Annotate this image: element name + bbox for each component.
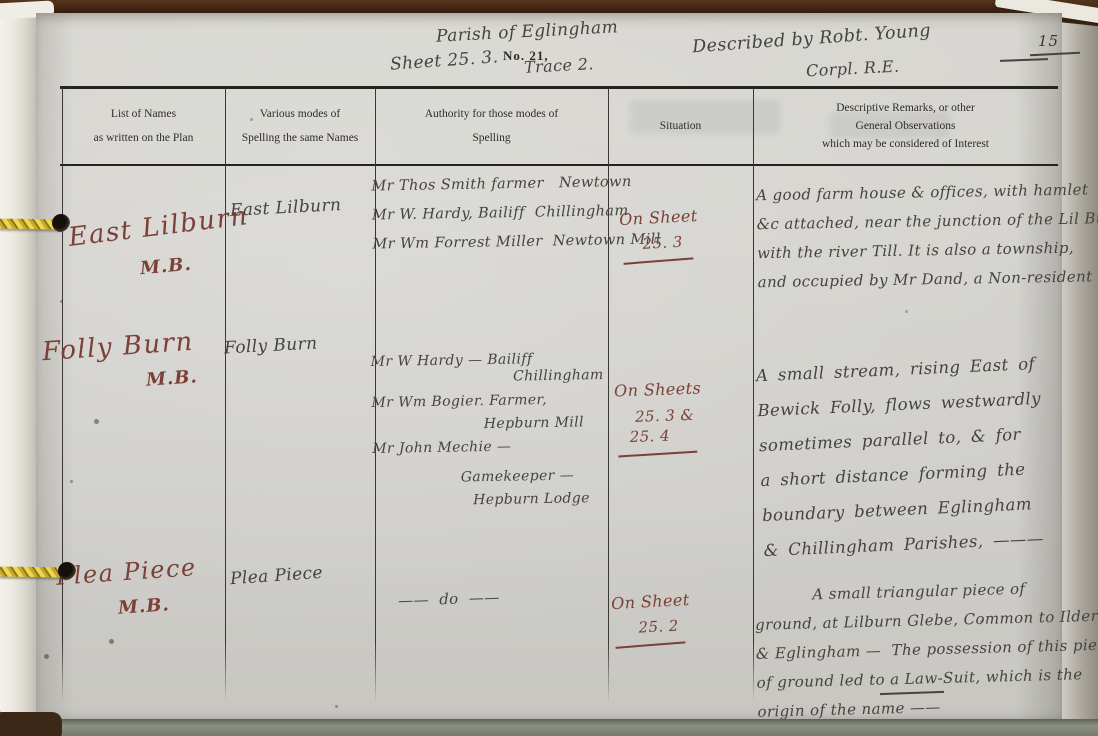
desk-corner-bottom-left	[0, 712, 62, 736]
table-header-rule	[60, 164, 1058, 166]
header-list-of-names: List of Namesas written on the Plan	[62, 88, 225, 164]
entry-2-authority: Mr W Hardy — BailiffChillinghamMr Wm Bog…	[371, 350, 606, 517]
entry-1-situation: On Sheet25. 3	[619, 206, 700, 260]
column-rule-1	[225, 88, 226, 703]
entry-2-remarks: A small stream, rising East ofBewick Fol…	[756, 354, 1048, 576]
entry-3-situation: On Sheet25. 2	[611, 590, 692, 644]
entry-2-initials: M.B.	[145, 366, 198, 391]
header-situation: Situation	[608, 88, 753, 164]
entry-3-authority-ditto: —— do ——	[398, 588, 500, 610]
table-left-rule	[62, 88, 63, 703]
punch-hole-top	[52, 214, 70, 232]
header-descriptive-remarks: Descriptive Remarks, or otherGeneral Obs…	[753, 88, 1058, 164]
punch-hole-bottom	[58, 562, 76, 580]
stacked-page-edges	[0, 6, 38, 720]
entry-1-authority: Mr Thos Smith farmer NewtownMr W. Hardy,…	[371, 173, 661, 265]
entry-3-initials: M.B.	[117, 594, 170, 619]
entry-3-remarks: A small triangular piece ofground, at Li…	[754, 577, 1098, 732]
page-number: 15	[1038, 32, 1059, 50]
entry-1-remarks: A good farm house & offices, with hamlet…	[756, 180, 1098, 302]
header-various-modes: Various modes ofSpelling the same Names	[225, 88, 375, 164]
table-surface-edge	[0, 719, 1098, 736]
entry-2-situation: On Sheets25. 3 &25. 4	[614, 379, 703, 453]
entry-1-initials: M.B.	[139, 254, 192, 279]
scanned-name-book-page: Parish of Eglingham No. 21, Sheet 25. 3.…	[0, 0, 1098, 736]
header-authority: Authority for those modes ofSpelling	[375, 88, 608, 164]
trace-annotation: Trace 2.	[524, 54, 595, 77]
